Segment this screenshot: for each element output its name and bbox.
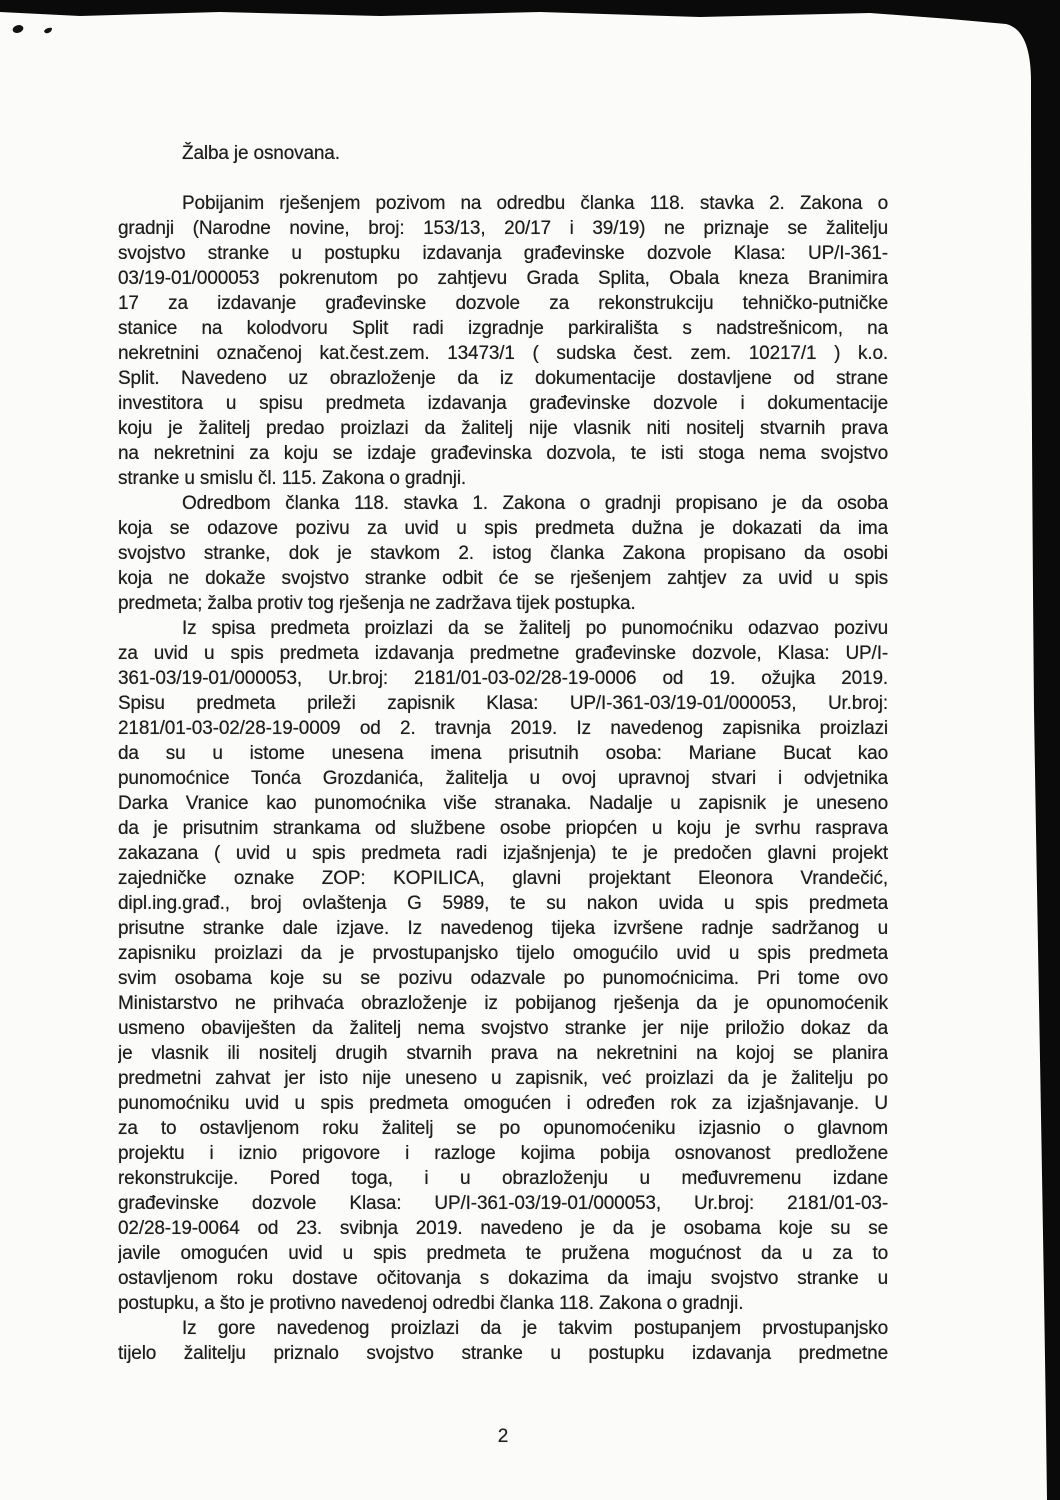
text-line: ostavljenom roku dostave očitovanja s do…: [118, 1266, 888, 1291]
text-line: svojstvo stranke, dok je stavkom 2. isto…: [118, 541, 888, 566]
text-line: postupku, a što je protivno navedenoj od…: [118, 1291, 888, 1316]
text-line: Iz gore navedenog proizlazi da je takvim…: [118, 1316, 888, 1341]
text-line: javile omogućen uvid u spis predmeta te …: [118, 1241, 888, 1266]
text-line: Odredbom članka 118. stavka 1. Zakona o …: [118, 491, 888, 516]
text-line: prisutne stranke dale izjave. Iz naveden…: [118, 916, 888, 941]
text-line: Darka Vranice kao punomoćnika više stran…: [118, 791, 888, 816]
scan-artifact-speck: [12, 24, 25, 34]
text-line: na nekretnini za koju se izdaje građevin…: [118, 441, 888, 466]
text-line: Žalba je osnovana.: [118, 141, 888, 166]
text-line: 2181/01-03-02/28-19-0009 od 2. travnja 2…: [118, 716, 888, 741]
text-line: građevinske dozvole Klasa: UP/I-361-03/1…: [118, 1191, 888, 1216]
text-line: da je prisutnim strankama od službene os…: [118, 816, 888, 841]
text-line: punomoćniku uvid u spis predmeta omoguće…: [118, 1091, 888, 1116]
paragraph: Odredbom članka 118. stavka 1. Zakona o …: [118, 491, 888, 616]
text-line: rekonstrukcije. Pored toga, i u obrazlož…: [118, 1166, 888, 1191]
text-line: 02/28-19-0064 od 23. svibnja 2019. naved…: [118, 1216, 888, 1241]
text-line: zapisniku proizlazi da je prvostupanjsko…: [118, 941, 888, 966]
paragraph: Žalba je osnovana.: [118, 141, 888, 166]
text-line: 03/19-01/000053 pokrenutom po zahtjevu G…: [118, 266, 888, 291]
text-line: usmeno obaviješten da žalitelj nema svoj…: [118, 1016, 888, 1041]
document-body: Žalba je osnovana.Pobijanim rješenjem po…: [118, 141, 888, 1366]
text-line: zakazana ( uvid u spis predmeta radi izj…: [118, 841, 888, 866]
text-line: 361-03/19-01/000053, Ur.broj: 2181/01-03…: [118, 666, 888, 691]
text-line: je vlasnik ili nositelj drugih stvarnih …: [118, 1041, 888, 1066]
paragraph: Iz spisa predmeta proizlazi da se žalite…: [118, 616, 888, 1316]
text-line: Iz spisa predmeta proizlazi da se žalite…: [118, 616, 888, 641]
text-line: Split. Navedeno uz obrazloženje da iz do…: [118, 366, 888, 391]
paragraph: Pobijanim rješenjem pozivom na odredbu č…: [118, 191, 888, 491]
text-line: punomoćnice Tonća Grozdanića, žalitelja …: [118, 766, 888, 791]
text-line: Spisu predmeta prileži zapisnik Klasa: U…: [118, 691, 888, 716]
text-line: 17 za izdavanje građevinske dozvole za r…: [118, 291, 888, 316]
text-line: predmeta; žalba protiv tog rješenja ne z…: [118, 591, 888, 616]
text-line: Ministarstvo ne prihvaća obrazloženje iz…: [118, 991, 888, 1016]
text-line: tijelo žalitelju priznalo svojstvo stran…: [118, 1341, 888, 1366]
text-line: dipl.ing.građ., broj ovlaštenja G 5989, …: [118, 891, 888, 916]
text-line: stanice na kolodvoru Split radi izgradnj…: [118, 316, 888, 341]
paragraph: Iz gore navedenog proizlazi da je takvim…: [118, 1316, 888, 1366]
text-line: za uvid u spis predmeta izdavanja predme…: [118, 641, 888, 666]
text-line: Pobijanim rješenjem pozivom na odredbu č…: [118, 191, 888, 216]
text-line: stranke u smislu čl. 115. Zakona o gradn…: [118, 466, 888, 491]
text-line: nekretnini označenoj kat.čest.zem. 13473…: [118, 341, 888, 366]
text-line: svojstvo stranke u postupku izdavanja gr…: [118, 241, 888, 266]
text-line: investitora u spisu predmeta izdavanja g…: [118, 391, 888, 416]
text-line: predmetni zahvat jer isto nije uneseno u…: [118, 1066, 888, 1091]
text-line: svim osobama koje su se pozivu odazvale …: [118, 966, 888, 991]
page-number: 2: [118, 1426, 888, 1448]
text-line: koja se odazove pozivu za uvid u spis pr…: [118, 516, 888, 541]
text-line: projektu i iznio prigovore i razloge koj…: [118, 1141, 888, 1166]
text-line: koja ne dokaže svojstvo stranke odbit će…: [118, 566, 888, 591]
text-line: za to ostavljenom roku žalitelj se po op…: [118, 1116, 888, 1141]
text-line: da su u istome unesena imena prisutnih o…: [118, 741, 888, 766]
text-line: koju je žalitelj predao proizlazi da žal…: [118, 416, 888, 441]
scan-artifact-speck: [44, 28, 52, 33]
scanned-page: Žalba je osnovana.Pobijanim rješenjem po…: [0, 0, 1060, 1500]
text-line: zajedničke oznake ZOP: KOPILICA, glavni …: [118, 866, 888, 891]
text-line: gradnji (Narodne novine, broj: 153/13, 2…: [118, 216, 888, 241]
